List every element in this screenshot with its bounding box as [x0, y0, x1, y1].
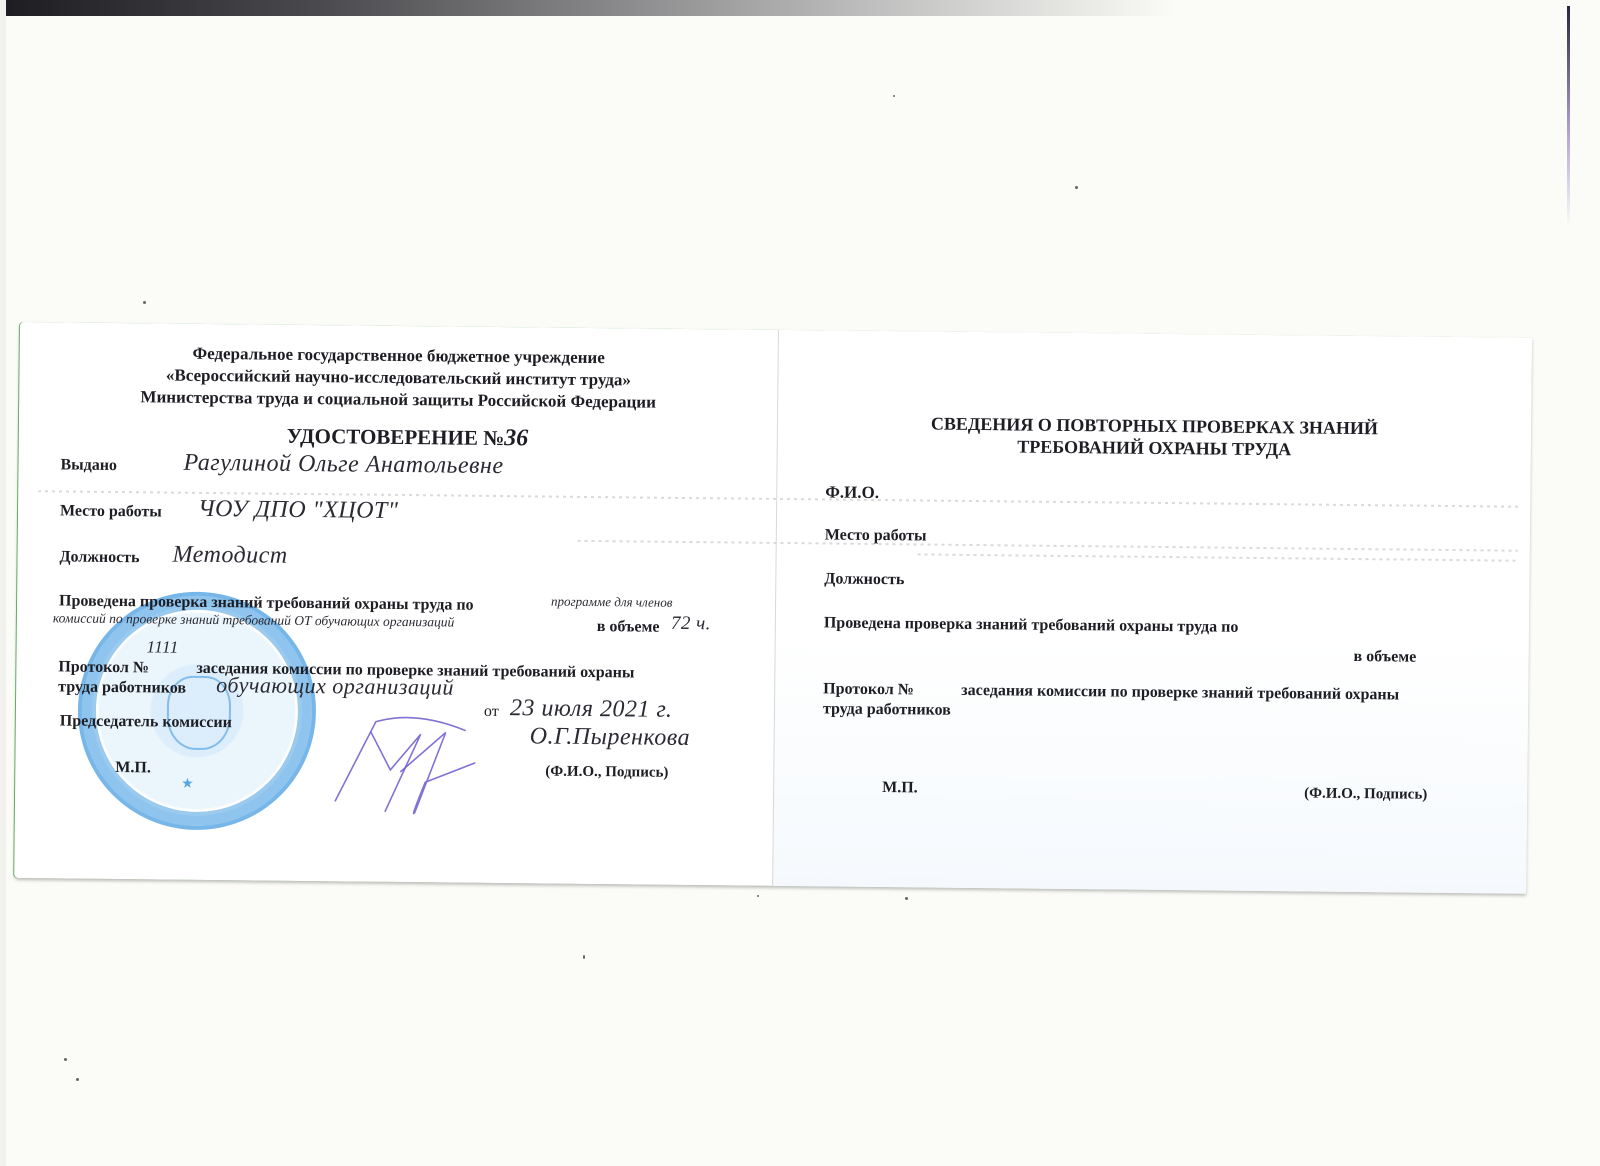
chair-label: Председатель комиссии	[60, 712, 232, 732]
protocol-value: обучающих организаций	[216, 672, 454, 700]
scan-left-edge	[0, 0, 6, 1166]
scan-speck	[905, 897, 908, 900]
certificate-left-page: ★ Федеральное государственное бюджетное …	[14, 322, 778, 886]
issued-to-value: Рагулиной Ольге Анатольевне	[183, 450, 503, 480]
right-protocol-label: Протокол №	[823, 680, 914, 699]
scan-right-edge	[1567, 6, 1570, 226]
issued-label: Выдано	[60, 456, 117, 475]
right-fio-label: Ф.И.О.	[825, 482, 879, 503]
date-prefix: от	[484, 703, 499, 721]
right-signature-caption: (Ф.И.О., Подпись)	[1304, 785, 1427, 803]
workplace-value: ЧОУ ДПО "ХЦОТ"	[198, 496, 399, 525]
scan-speck	[143, 301, 146, 304]
workplace-label: Место работы	[60, 502, 162, 521]
check-program-line-1: программе для членов	[551, 594, 672, 611]
protocol-text-line-2: труда работников	[58, 678, 186, 697]
date-value: 23 июля 2021 г.	[510, 695, 673, 724]
right-protocol-text-line-2: труда работников	[823, 700, 951, 719]
scan-speck	[76, 1078, 79, 1081]
scan-speck	[583, 955, 585, 959]
scan-speck	[64, 1058, 67, 1061]
volume-value: 72 ч.	[671, 613, 711, 635]
signature-mark	[315, 711, 476, 823]
protocol-label: Протокол №	[58, 658, 149, 677]
right-volume-label: в объеме	[1353, 648, 1416, 667]
scan-speck	[893, 95, 895, 97]
star-icon: ★	[181, 776, 194, 793]
certificate-title: УДОСТОВЕРЕНИЕ №36	[287, 423, 529, 453]
certificate-number: 36	[504, 425, 528, 451]
right-check-label: Проведена проверка знаний требований охр…	[824, 614, 1239, 636]
right-protocol-text-line-1: заседания комиссии по проверке знаний тр…	[961, 682, 1399, 705]
protocol-number: 1111	[146, 637, 178, 657]
volume-label: в объеме	[597, 618, 660, 637]
certificate-right-page: СВЕДЕНИЯ О ПОВТОРНЫХ ПРОВЕРКАХ ЗНАНИЙ ТР…	[773, 330, 1532, 894]
right-seal-label: М.П.	[882, 779, 918, 797]
scan-top-shadow	[6, 0, 1566, 16]
scan-speck	[1075, 186, 1078, 189]
position-value: Методист	[172, 542, 287, 570]
right-position-label: Должность	[824, 570, 904, 589]
certificate-card: ★ Федеральное государственное бюджетное …	[14, 322, 1532, 894]
position-label: Должность	[59, 548, 139, 567]
scan-speck	[757, 895, 759, 897]
seal-label: М.П.	[115, 759, 151, 777]
signature-caption: (Ф.И.О., Подпись)	[545, 764, 668, 782]
chair-name: О.Г.Пыренкова	[530, 723, 691, 752]
right-workplace-label: Место работы	[825, 526, 927, 545]
